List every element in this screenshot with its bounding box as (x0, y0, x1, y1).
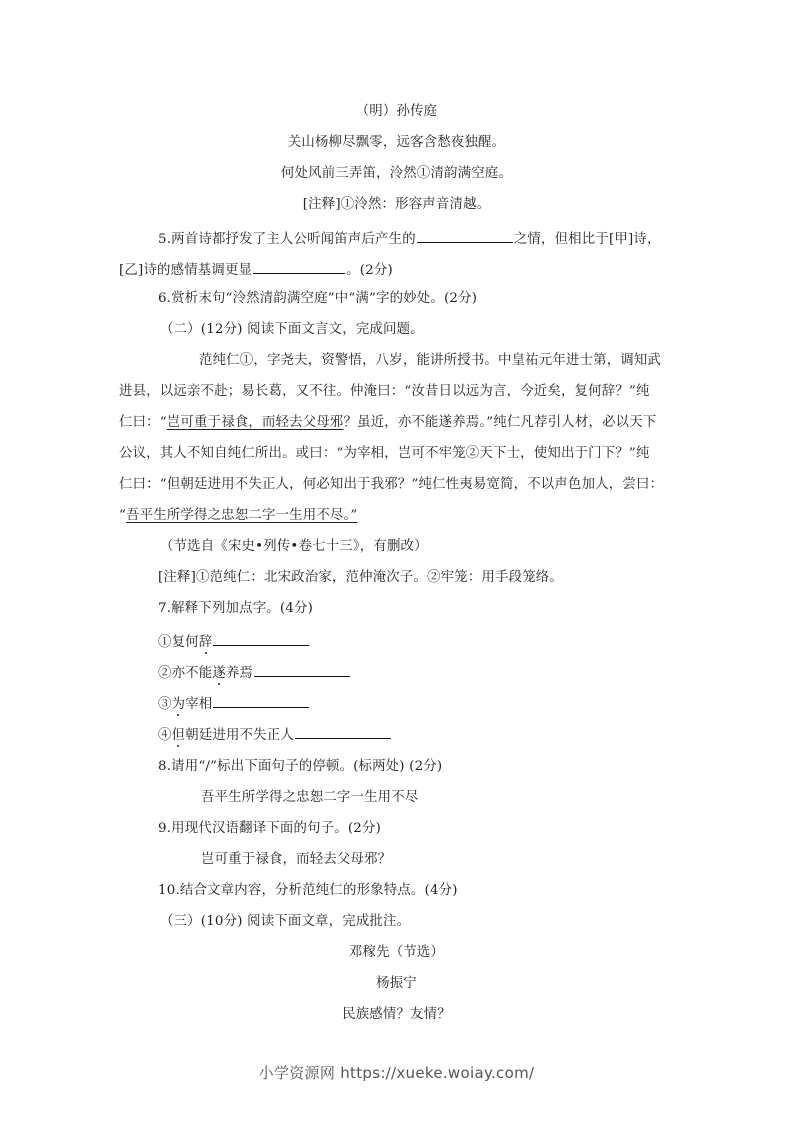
answer-blank-7-1[interactable] (213, 631, 309, 646)
poem-line-1: 关山杨柳尽飘零，远客含愁夜独醒。 (0, 134, 793, 152)
article-subtitle: 民族感情？友情？ (0, 1006, 793, 1024)
article-title: 邓稼先（节选） (0, 944, 793, 962)
question-7-item-1: ①复何辞 (158, 631, 310, 652)
item-text: 朝廷进用不失正人 (185, 728, 294, 743)
passage-line-5: 仁曰：“但朝廷进用不失正人，何必知出于我邪？”纯仁性夷易宽简，不以声色加人，尝曰… (119, 476, 663, 494)
section-3-heading: （三）(10分) 阅读下面文章，完成批注。 (160, 913, 410, 931)
section-2-heading: （二）(12分) 阅读下面文言文，完成问题。 (160, 321, 424, 339)
passage-line-6: “吾平生所学得之忠恕二字一生用不尽。” (119, 507, 357, 525)
question-10: 10.结合文章内容，分析范纯仁的形象特点。(4分) (158, 882, 458, 900)
question-9-title: 9.用现代汉语翻译下面的句子。(2分) (158, 820, 381, 838)
poem-note: [注释]①泠然：形容声音清越。 (0, 196, 793, 214)
passage-text: “ (119, 508, 126, 523)
answer-blank-5b[interactable] (253, 259, 345, 274)
item-text: ③ (158, 697, 172, 712)
dotted-char: 但 (172, 728, 186, 743)
passage-line-1: 范纯仁①，字尧夫，资警悟，八岁，能讲所授书。中皇祐元年进士第，调知武 (199, 352, 661, 370)
item-text: 养焉 (226, 666, 253, 681)
item-text: 宰相 (185, 697, 212, 712)
question-5-line-1: 5.两首诗都抒发了主人公听闻笛声后产生的之情，但相比于[甲]诗， (158, 228, 661, 249)
passage-text: 仁曰：“ (119, 415, 167, 430)
answer-blank-5a[interactable] (417, 228, 513, 243)
passage-note: [注释]①范纯仁：北宋政治家，范仲淹次子。②牢笼：用手段笼络。 (158, 569, 563, 587)
question-7-title: 7.解释下列加点字。(4分) (158, 600, 313, 618)
passage-line-4: 公议，其人不知自纯仁所出。或曰：“为宰相，岂可不牢笼②天下士，使知出于门下？”纯 (119, 445, 650, 463)
question-9-sentence: 岂可重于禄食，而轻去父母邪？ (201, 851, 391, 869)
dotted-char: 遂 (212, 666, 226, 681)
answer-blank-7-2[interactable] (254, 662, 350, 677)
question-5-line-2: [乙]诗的感情基调更显。(2分) (119, 259, 393, 280)
answer-blank-7-3[interactable] (213, 693, 309, 708)
article-author: 杨振宁 (0, 975, 793, 993)
dotted-char: 辞 (199, 635, 213, 650)
underlined-sentence-1: 岂可重于禄食，而轻去父母邪 (167, 415, 344, 430)
underlined-sentence-2: 吾平生所学得之忠恕二字一生用不尽。” (126, 508, 357, 523)
answer-blank-7-4[interactable] (295, 724, 391, 739)
question-5-text-b: 之情，但相比于[甲]诗， (514, 232, 661, 247)
passage-line-2: 进县，以远亲不赴；易长葛，又不往。仲淹曰：“汝昔日以远为言，今近矣，复何辞？”纯 (119, 383, 650, 401)
question-8-title: 8.请用“/”标出下面句子的停顿。(标两处) (2分) (158, 758, 442, 776)
question-5-text-c: [乙]诗的感情基调更显 (119, 263, 252, 278)
question-7-item-4: ④但朝廷进用不失正人 (158, 724, 392, 745)
question-7-item-3: ③为宰相 (158, 693, 310, 714)
item-text: ①复何 (158, 635, 199, 650)
footer-watermark: 小学资源网 https://xueke.woiay.com/ (0, 1062, 793, 1083)
passage-text: ？虽近，亦不能遂养焉。”纯仁凡荐引人材，必以天下 (344, 415, 657, 430)
dotted-char: 为 (172, 697, 186, 712)
question-7-item-2: ②亦不能遂养焉 (158, 662, 351, 683)
poem-line-2: 何处风前三弄笛，泠然①清韵满空庭。 (0, 165, 793, 183)
item-text: ②亦不能 (158, 666, 212, 681)
question-8-sentence: 吾平生所学得之忠恕二字一生用不尽 (201, 789, 418, 807)
item-text: ④ (158, 728, 172, 743)
passage-line-3: 仁曰：“岂可重于禄食，而轻去父母邪？虽近，亦不能遂养焉。”纯仁凡荐引人材，必以天… (119, 414, 656, 432)
passage-source: （节选自《宋史•列传•卷七十三》，有删改） (160, 538, 428, 556)
question-5-text-a: 5.两首诗都抒发了主人公听闻笛声后产生的 (158, 232, 416, 247)
question-5-text-d: 。(2分) (346, 263, 393, 278)
poem-author: （明）孙传庭 (0, 103, 793, 121)
question-6: 6.赏析末句“泠然清韵满空庭”中“满”字的妙处。(2分) (158, 290, 477, 308)
